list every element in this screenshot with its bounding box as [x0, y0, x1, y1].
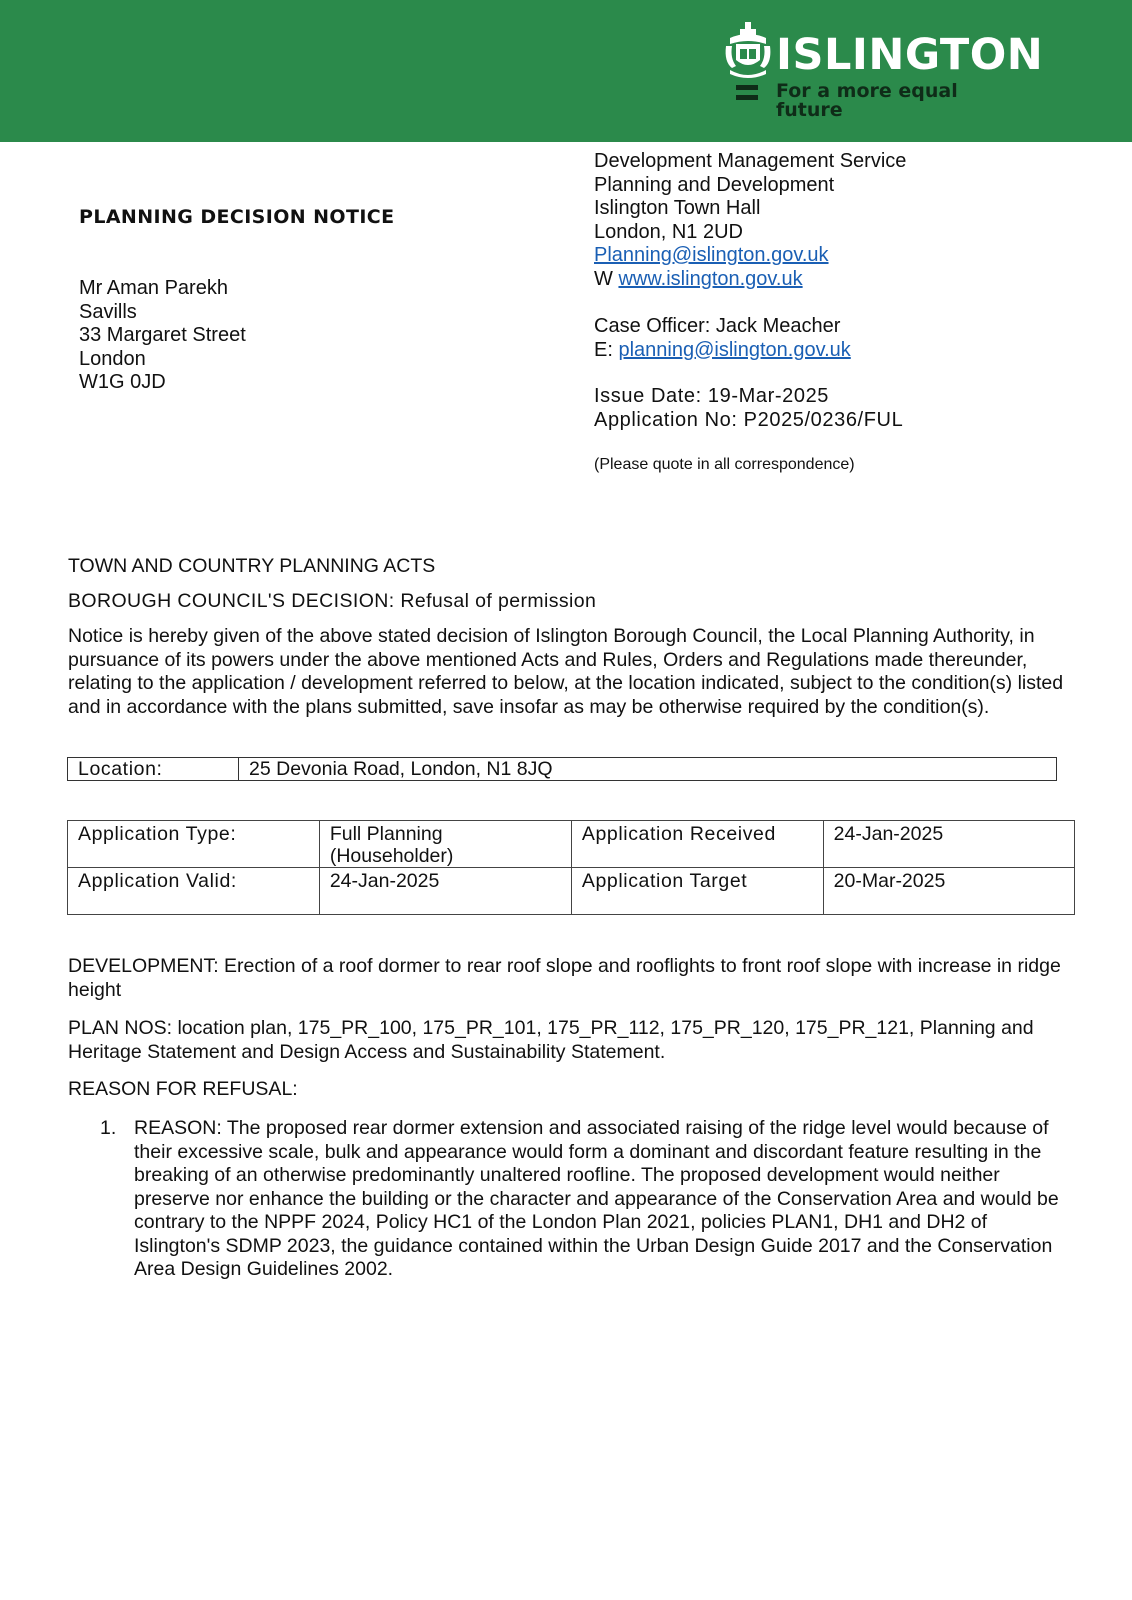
- recipient-street: 33 Margaret Street: [79, 324, 246, 348]
- application-target-label: Application Target: [571, 868, 823, 915]
- application-received-value: 24-Jan-2025: [823, 821, 1074, 868]
- sender-email-link[interactable]: Planning@islington.gov.uk: [594, 244, 829, 266]
- sender-address: Development Management Service Planning …: [594, 150, 906, 291]
- location-value: 25 Devonia Road, London, N1 8JQ: [239, 758, 1057, 781]
- islington-logo: ISLINGTON For a more equal future: [724, 18, 1024, 118]
- reason-number: 1.: [100, 1117, 116, 1141]
- recipient-name: Mr Aman Parekh: [79, 277, 246, 301]
- case-officer-name: Case Officer: Jack Meacher: [594, 315, 851, 339]
- sender-service: Development Management Service: [594, 150, 906, 174]
- sender-building: Islington Town Hall: [594, 197, 906, 221]
- notice-paragraph: Notice is hereby given of the above stat…: [68, 625, 1068, 719]
- application-received-label: Application Received: [571, 821, 823, 868]
- header-banner: ISLINGTON For a more equal future: [0, 0, 1132, 142]
- recipient-address: Mr Aman Parekh Savills 33 Margaret Stree…: [79, 277, 246, 395]
- decision-line: BOROUGH COUNCIL'S DECISION: Refusal of p…: [68, 590, 1068, 614]
- page-title: PLANNING DECISION NOTICE: [79, 206, 395, 228]
- location-table: Location: 25 Devonia Road, London, N1 8J…: [67, 757, 1057, 781]
- issue-date: Issue Date: 19-Mar-2025: [594, 385, 903, 409]
- crest-icon: [724, 22, 772, 82]
- application-table: Application Type: Full Planning (Househo…: [67, 820, 1075, 915]
- sender-department: Planning and Development: [594, 174, 906, 198]
- location-label: Location:: [68, 758, 239, 781]
- application-type-value: Full Planning (Householder): [319, 821, 571, 868]
- website-link[interactable]: www.islington.gov.uk: [618, 268, 802, 290]
- reason-text: REASON: The proposed rear dormer extensi…: [134, 1117, 1064, 1282]
- web-prefix: W: [594, 268, 613, 290]
- development-description: DEVELOPMENT: Erection of a roof dormer t…: [68, 955, 1068, 1002]
- quote-note: (Please quote in all correspondence): [594, 456, 855, 474]
- email-prefix: E:: [594, 339, 613, 361]
- recipient-postcode: W1G 0JD: [79, 371, 246, 395]
- recipient-company: Savills: [79, 301, 246, 325]
- brand-name: ISLINGTON: [776, 34, 1043, 77]
- sender-address-line: London, N1 2UD: [594, 221, 906, 245]
- brand-tagline: For a more equal future: [776, 82, 1024, 120]
- application-type-label: Application Type:: [68, 821, 320, 868]
- reason-heading: REASON FOR REFUSAL:: [68, 1078, 1068, 1102]
- plan-numbers: PLAN NOS: location plan, 175_PR_100, 175…: [68, 1017, 1068, 1064]
- officer-email-link[interactable]: planning@islington.gov.uk: [618, 339, 850, 361]
- recipient-city: London: [79, 348, 246, 372]
- issue-info: Issue Date: 19-Mar-2025 Application No: …: [594, 385, 903, 432]
- application-target-value: 20-Mar-2025: [823, 868, 1074, 915]
- table-row: Application Type: Full Planning (Househo…: [68, 821, 1075, 868]
- table-row: Application Valid: 24-Jan-2025 Applicati…: [68, 868, 1075, 915]
- equals-icon: [736, 85, 758, 101]
- acts-heading: TOWN AND COUNTRY PLANNING ACTS: [68, 555, 1068, 579]
- application-valid-label: Application Valid:: [68, 868, 320, 915]
- case-officer: Case Officer: Jack Meacher E: planning@i…: [594, 315, 851, 362]
- application-valid-value: 24-Jan-2025: [319, 868, 571, 915]
- application-number: Application No: P2025/0236/FUL: [594, 409, 903, 433]
